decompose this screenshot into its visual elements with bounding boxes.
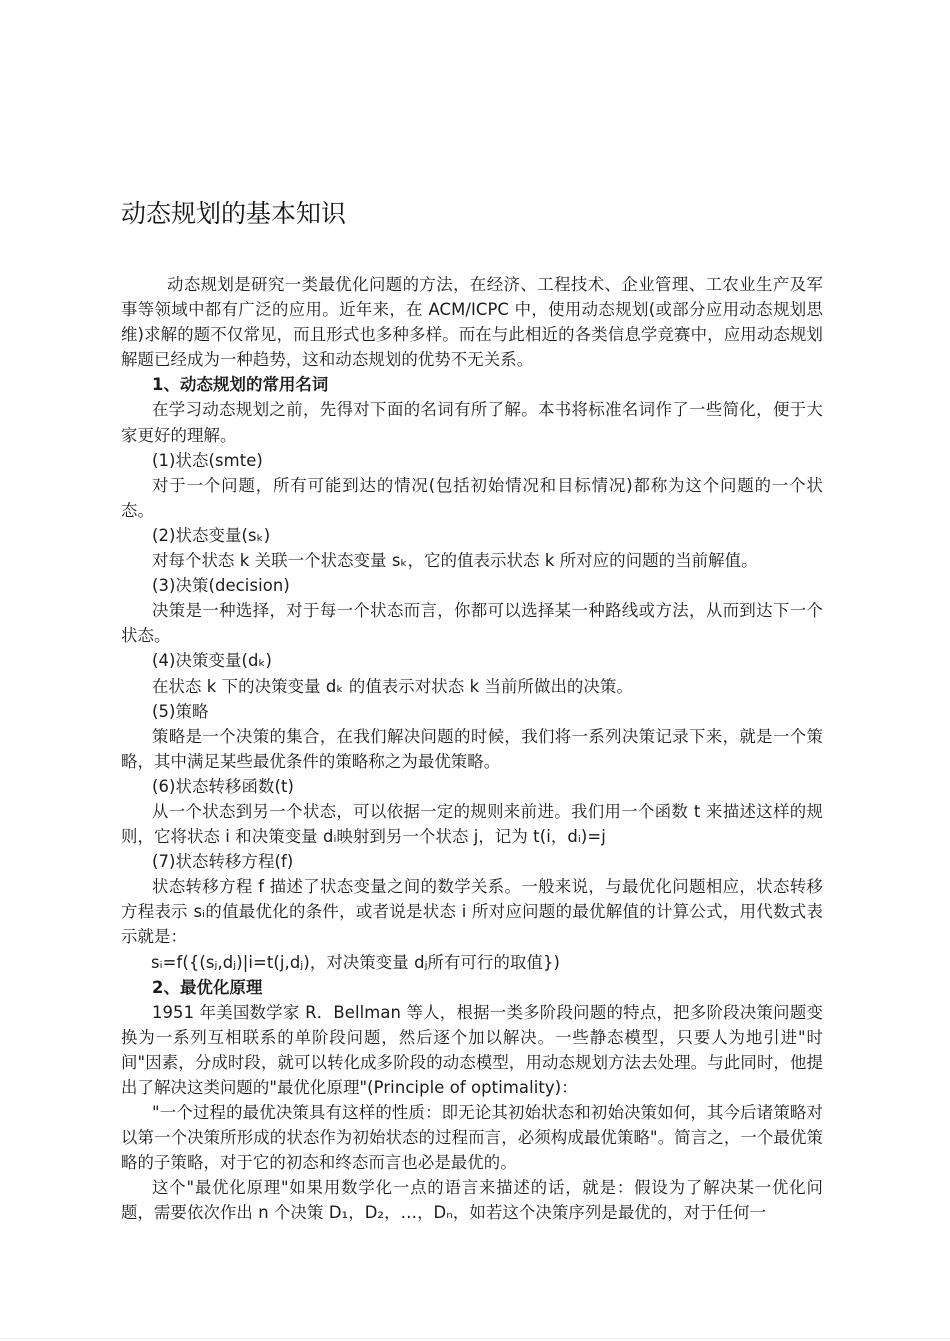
term-item-decision: (3)决策(decision): [121, 573, 823, 598]
document-content: 动态规划的基本知识 动态规划是研究一类最优化问题的方法，在经济、工程技术、企业管…: [121, 197, 823, 1226]
term-item-transfer-function: (6)状态转移函数(t): [121, 774, 823, 799]
formula-state-transfer: sᵢ=f({(sⱼ,dⱼ)|i=t(j,dⱼ)，对决策变量 dⱼ所有可行的取值}…: [121, 950, 823, 975]
paragraph-optimality-quote: "一个过程的最优决策具有这样的性质：即无论其初始状态和初始决策如何，其今后诸策略…: [121, 1100, 823, 1175]
page-bottom-border: [0, 1338, 950, 1339]
term-item-decision-variable: (4)决策变量(dₖ): [121, 648, 823, 673]
paragraph-intro: 动态规划是研究一类最优化问题的方法，在经济、工程技术、企业管理、工农业生产及军事…: [121, 272, 823, 372]
term-item-strategy: (5)策略: [121, 699, 823, 724]
paragraph-strategy-def: 策略是一个决策的集合，在我们解决问题的时候，我们将一系列决策记录下来，就是一个策…: [121, 724, 823, 774]
term-item-transfer-equation: (7)状态转移方程(f): [121, 849, 823, 874]
paragraph-decision-def: 决策是一种选择，对于每一个状态而言，你都可以选择某一种路线或方法，从而到达下一个…: [121, 598, 823, 648]
paragraph-transfer-eq-def: 状态转移方程 f 描述了状态变量之间的数学关系。一般来说，与最优化问题相应，状态…: [121, 874, 823, 949]
section-heading-terms: 1、动态规划的常用名词: [121, 372, 823, 397]
document-title: 动态规划的基本知识: [121, 197, 823, 230]
paragraph-optimality-math: 这个"最优化原理"如果用数学化一点的语言来描述的话，就是：假设为了解决某一优化问…: [121, 1175, 823, 1225]
paragraph-state-var-def: 对每个状态 k 关联一个状态变量 sₖ，它的值表示状态 k 所对应的问题的当前解…: [121, 548, 823, 573]
paragraph-state-def: 对于一个问题，所有可能到达的情况(包括初始情况和目标情况)都称为这个问题的一个状…: [121, 473, 823, 523]
term-item-state-variable: (2)状态变量(sₖ): [121, 523, 823, 548]
paragraph-bellman: 1951 年美国数学家 R．Bellman 等人，根据一类多阶段问题的特点，把多…: [121, 1000, 823, 1100]
section-heading-optimality: 2、最优化原理: [121, 975, 823, 1000]
term-item-state: (1)状态(smte): [121, 448, 823, 473]
paragraph-decision-var-def: 在状态 k 下的决策变量 dₖ 的值表示对状态 k 当前所做出的决策。: [121, 674, 823, 699]
paragraph-transfer-func-def: 从一个状态到另一个状态，可以依据一定的规则来前进。我们用一个函数 t 来描述这样…: [121, 799, 823, 849]
paragraph-terms-intro: 在学习动态规划之前，先得对下面的名词有所了解。本书将标准名词作了一些简化，便于大…: [121, 397, 823, 447]
